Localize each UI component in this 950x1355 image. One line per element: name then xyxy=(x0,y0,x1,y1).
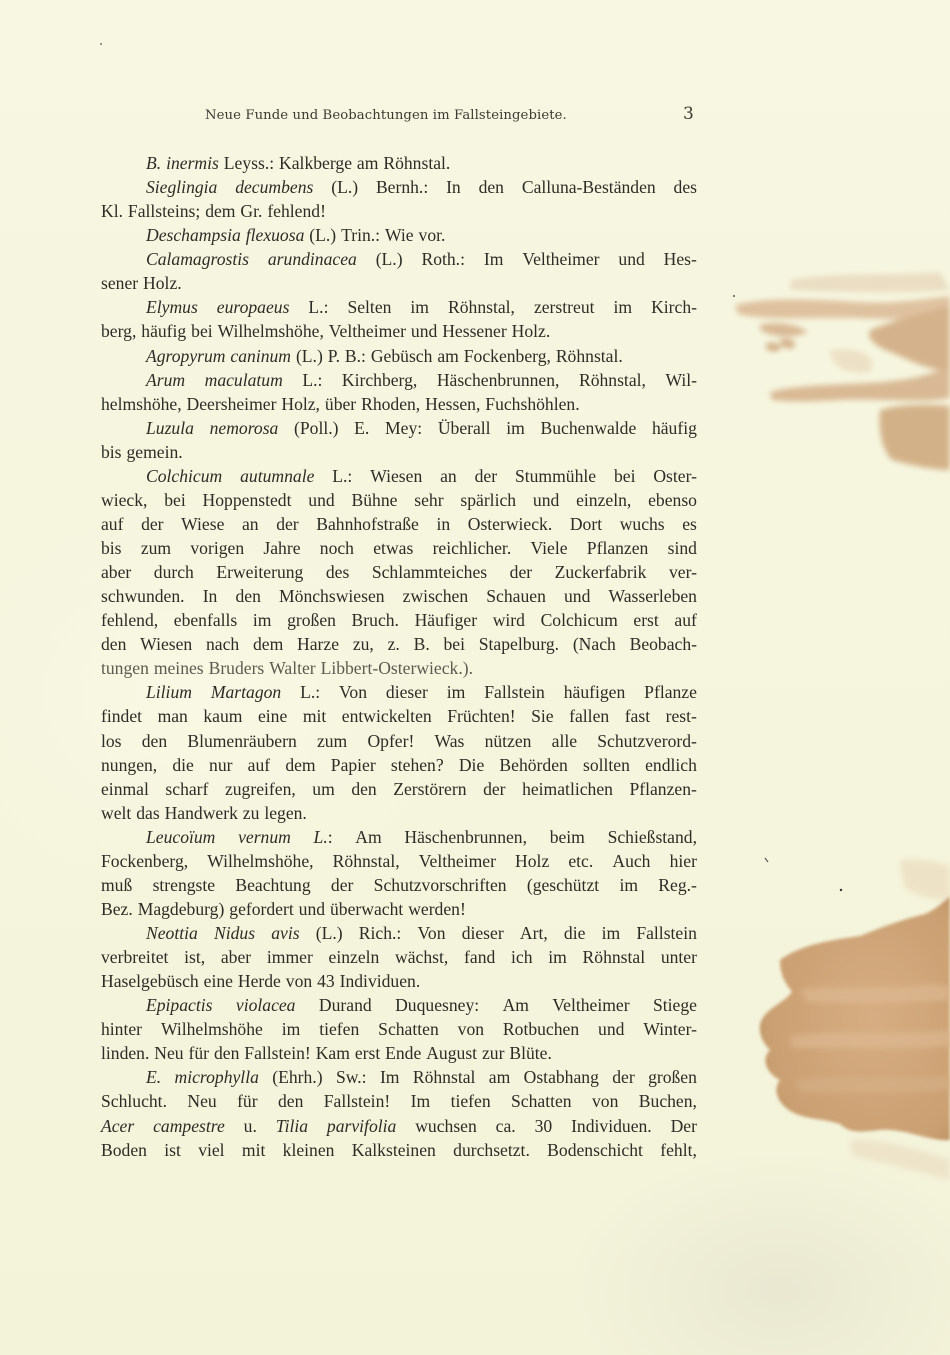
word: Agropyrum xyxy=(146,344,226,368)
word: Kirchberg, xyxy=(342,368,417,392)
word: Holz. xyxy=(143,271,182,295)
paragraph-first-line: E.microphylla(Ehrh.)Sw.:ImRöhnstalamOsta… xyxy=(101,1065,697,1089)
line-words: helmshöhe,DeersheimerHolz,überRhoden,Hes… xyxy=(101,392,697,416)
word: campestre xyxy=(153,1114,225,1138)
word: im xyxy=(447,680,466,704)
word: werden! xyxy=(408,897,466,921)
word: Auch xyxy=(612,849,650,873)
word: dem xyxy=(205,199,235,223)
word: kaum xyxy=(203,704,242,728)
word: häufigen xyxy=(564,680,626,704)
word: Veltheimer xyxy=(552,993,629,1017)
word: meines xyxy=(154,656,204,680)
word: im xyxy=(548,945,567,969)
word: heimatlichen xyxy=(522,777,613,801)
word: den xyxy=(142,729,167,753)
word: den xyxy=(278,1089,303,1113)
line-words: wieck,beiHoppenstedtundBühnesehrspärlich… xyxy=(101,488,697,512)
word: Hessen, xyxy=(425,392,480,416)
word: fand xyxy=(464,945,495,969)
word: Schießstand, xyxy=(608,825,697,849)
word: L.: xyxy=(332,464,352,488)
word: am xyxy=(489,1065,511,1089)
word: zerstreut xyxy=(534,295,595,319)
word: der xyxy=(510,560,532,584)
word: Martagon xyxy=(211,680,281,704)
word: vorigen xyxy=(190,536,244,560)
word: ist, xyxy=(184,945,205,969)
word: E. xyxy=(354,416,369,440)
word: kleinen xyxy=(283,1138,335,1162)
word: linden. xyxy=(101,1041,149,1065)
word: Jahre xyxy=(263,536,300,560)
word: L.: xyxy=(308,295,328,319)
word: Röhnstal. xyxy=(383,151,450,175)
word: ist xyxy=(164,1138,181,1162)
word: wuchsen xyxy=(415,1114,477,1138)
word: Am xyxy=(503,993,529,1017)
word: nach xyxy=(206,632,239,656)
word: im xyxy=(282,1017,301,1041)
text-line: aufderWieseanderBahnhofstraßeinOsterwiec… xyxy=(101,512,697,536)
word: wuchs xyxy=(620,512,665,536)
line-words: Schlucht.NeufürdenFallstein!ImtiefenScha… xyxy=(101,1089,697,1113)
word: Buchen, xyxy=(639,1089,697,1113)
word: rest- xyxy=(666,704,697,728)
text-line: losdenBlumenräubernzumOpfer!Wasnützenall… xyxy=(101,729,697,753)
word: Rotbuchen xyxy=(503,1017,579,1041)
paragraph-first-line: ArummaculatumL.:Kirchberg,Häschenbrunnen… xyxy=(101,368,697,392)
word: Hes- xyxy=(664,247,697,271)
word: Kirch- xyxy=(651,295,697,319)
line-words: schwunden.IndenMönchswiesenzwischenSchau… xyxy=(101,584,697,608)
word: (Poll.) xyxy=(294,416,338,440)
word: Kalksteinen xyxy=(352,1138,436,1162)
word: Harze xyxy=(297,632,339,656)
word: Dort xyxy=(570,512,602,536)
word: Bez. xyxy=(101,897,133,921)
word: Duquesney: xyxy=(395,993,479,1017)
word: bei xyxy=(443,632,465,656)
word: Schlucht. xyxy=(101,1089,167,1113)
word: im xyxy=(614,295,633,319)
word: Neu xyxy=(154,1041,183,1065)
body-text: B.inermisLeyss.:KalkbergeamRöhnstal.Sieg… xyxy=(101,151,697,1162)
word: Papier xyxy=(331,753,376,777)
word: Pflanzen- xyxy=(629,777,696,801)
word: des xyxy=(326,560,349,584)
word: Zuckerfabrik xyxy=(555,560,647,584)
text-line: aberdurchErweiterungdesSchlammteichesder… xyxy=(101,560,697,584)
word: den xyxy=(351,777,376,801)
word: Die xyxy=(459,753,484,777)
text-line: Kl.Fallsteins;demGr.fehlend! xyxy=(101,199,697,223)
word: Röhnstal, xyxy=(333,849,400,873)
paragraph-first-line: Sieglingiadecumbens(L.)Bernh.:IndenCallu… xyxy=(101,175,697,199)
word: am xyxy=(357,151,379,175)
word: Zerstörern xyxy=(393,777,466,801)
word: parvifolia xyxy=(327,1114,396,1138)
word: Luzula xyxy=(146,416,194,440)
word: (L.) xyxy=(331,175,358,199)
word: spärlich xyxy=(460,488,516,512)
word: der xyxy=(141,512,163,536)
word: E. xyxy=(146,1065,161,1089)
word: Tilia xyxy=(276,1114,308,1138)
word: Osterwieck. xyxy=(468,512,553,536)
word: 30 xyxy=(535,1114,553,1138)
word: unter xyxy=(661,945,697,969)
word: aber xyxy=(101,560,131,584)
word: im xyxy=(253,608,272,632)
word: Deersheimer xyxy=(187,392,277,416)
word: Schutzvorschriften xyxy=(374,873,507,897)
running-title: Neue Funde und Beobachtungen im Fallstei… xyxy=(205,108,567,123)
word: Holz, xyxy=(281,392,320,416)
word: den xyxy=(214,1041,239,1065)
word: Was xyxy=(435,729,465,753)
word: Calamagrostis xyxy=(146,247,249,271)
line-words: LeucoïumvernumL.:AmHäschenbrunnen,beimSc… xyxy=(146,825,697,849)
word: Handwerk xyxy=(165,801,238,825)
word: Wilhelmshöhe, xyxy=(218,319,324,343)
word: Elymus xyxy=(146,295,198,319)
word: Leyss.: xyxy=(224,151,274,175)
word: immer xyxy=(267,945,313,969)
text-line: BodenistvielmitkleinenKalksteinendurchse… xyxy=(101,1138,697,1162)
word: überwacht xyxy=(330,897,403,921)
word: einzeln xyxy=(329,945,380,969)
word: Röhnstal xyxy=(413,1065,476,1089)
word: Colchicum xyxy=(541,608,618,632)
line-words: Kl.Fallsteins;demGr.fehlend! xyxy=(101,199,697,223)
word: legen. xyxy=(264,801,307,825)
word: der xyxy=(612,1065,634,1089)
word: Bernh.: xyxy=(376,175,428,199)
text-line: nungen,dienuraufdemPapierstehen?DieBehör… xyxy=(101,753,697,777)
word: vor. xyxy=(419,223,446,247)
word: avis xyxy=(271,921,299,945)
line-words: Bez.Magdeburg)gefordertundüberwachtwerde… xyxy=(101,897,697,921)
word: aber xyxy=(221,945,251,969)
word: gefordert xyxy=(229,897,293,921)
word: wächst, xyxy=(395,945,448,969)
word: nützen xyxy=(485,729,532,753)
word: viel xyxy=(198,1138,224,1162)
word: Schatten xyxy=(378,1017,439,1041)
word: durch xyxy=(154,560,194,584)
word: nur xyxy=(209,753,232,777)
word: welt xyxy=(101,801,131,825)
word: noch xyxy=(320,536,354,560)
word: nemorosa xyxy=(210,416,279,440)
word: und xyxy=(308,488,334,512)
word: für xyxy=(189,1041,210,1065)
word: von xyxy=(286,969,312,993)
word: nungen, xyxy=(101,753,157,777)
word: In xyxy=(203,584,218,608)
word: Lilium xyxy=(146,680,192,704)
word: entwickelten xyxy=(342,704,432,728)
word: Sw.: xyxy=(336,1065,367,1089)
word: in xyxy=(436,512,450,536)
word: Wil- xyxy=(665,368,697,392)
word: Kalkberge xyxy=(279,151,352,175)
word: etc. xyxy=(568,849,593,873)
word: tiefen xyxy=(319,1017,359,1041)
word: endlich xyxy=(645,753,697,777)
text-line: berg,häufigbeiWilhelmshöhe,Veltheimerund… xyxy=(101,319,697,343)
word: Früchten! xyxy=(447,704,515,728)
word: Überall xyxy=(438,416,491,440)
word: Schatten xyxy=(511,1089,572,1113)
word: Opfer! xyxy=(367,729,414,753)
line-words: Luzulanemorosa(Poll.)E.Mey:ÜberallimBuch… xyxy=(146,416,697,440)
word: alle xyxy=(552,729,577,753)
word: Wiesen xyxy=(140,632,192,656)
word: tungen xyxy=(101,656,149,680)
word: Der xyxy=(671,1114,697,1138)
word: Pflanzen xyxy=(587,536,649,560)
word: helmshöhe, xyxy=(101,392,182,416)
word: der xyxy=(483,777,505,801)
word: im xyxy=(602,921,621,945)
word: Kam xyxy=(316,1041,350,1065)
word: violacea xyxy=(236,993,296,1017)
paragraph-first-line: Calamagrostisarundinacea(L.)Roth.:ImVelt… xyxy=(101,247,697,271)
word: durchsetzt. xyxy=(453,1138,530,1162)
word: fehlt, xyxy=(660,1138,697,1162)
word: bei xyxy=(191,319,213,343)
word: strengste xyxy=(153,873,216,897)
word: ich xyxy=(511,945,533,969)
text-line: verbreitetist,aberimmereinzelnwächst,fan… xyxy=(101,945,697,969)
word: berg, xyxy=(101,319,136,343)
word: erst xyxy=(355,1041,380,1065)
word: der xyxy=(331,873,353,897)
word: Bahnhofstraße xyxy=(316,512,419,536)
word: sener xyxy=(101,271,138,295)
word: an xyxy=(440,464,457,488)
line-words: E.microphylla(Ehrh.)Sw.:ImRöhnstalamOsta… xyxy=(146,1065,697,1089)
word: Durand xyxy=(319,993,372,1017)
word: Wiesen xyxy=(370,464,422,488)
word: Buchenwalde xyxy=(541,416,637,440)
line-words: berg,häufigbeiWilhelmshöhe,Veltheimerund… xyxy=(101,319,697,343)
text-line: wieck,beiHoppenstedtundBühnesehrspärlich… xyxy=(101,488,697,512)
word: im xyxy=(410,295,429,319)
line-words: Sieglingiadecumbens(L.)Bernh.:IndenCallu… xyxy=(146,175,697,199)
line-words: mußstrengsteBeachtungderSchutzvorschrift… xyxy=(101,873,697,897)
word: schwunden. xyxy=(101,584,185,608)
word: Selten xyxy=(347,295,391,319)
word: maculatum xyxy=(205,368,283,392)
word: mit xyxy=(242,1138,265,1162)
paragraph-first-line: NeottiaNidusavis(L.)Rich.:VondieserArt,d… xyxy=(101,921,697,945)
word: Veltheimer xyxy=(329,319,406,343)
line-words: senerHolz. xyxy=(101,271,697,295)
line-words: ColchicumautumnaleL.:WiesenanderStummühl… xyxy=(146,464,697,488)
line-words: aberdurchErweiterungdesSchlammteichesder… xyxy=(101,560,697,584)
word: im xyxy=(619,873,638,897)
word: Behörden xyxy=(499,753,567,777)
word: den xyxy=(479,175,504,199)
line-words: Fockenberg,Wilhelmshöhe,Röhnstal,Velthei… xyxy=(101,849,697,873)
word: bei xyxy=(164,488,186,512)
word: auf xyxy=(674,608,696,632)
word: Veltheimer xyxy=(419,849,496,873)
word: autumnale xyxy=(240,464,314,488)
word: tiefen xyxy=(451,1089,491,1113)
line-words: denWiesennachdemHarzezu,z.B.beiStapelbur… xyxy=(101,632,697,656)
word: etwas xyxy=(373,536,413,560)
word: Ende xyxy=(385,1041,421,1065)
word: um xyxy=(312,777,334,801)
word: den xyxy=(235,584,260,608)
word: einzeln, xyxy=(576,488,631,512)
word: von xyxy=(458,1017,484,1041)
word: auf xyxy=(248,753,270,777)
word: Epipactis xyxy=(146,993,212,1017)
word: stehen? xyxy=(391,753,444,777)
word: Hoppenstedt xyxy=(203,488,292,512)
line-words: nungen,dienuraufdemPapierstehen?DieBehör… xyxy=(101,753,697,777)
line-words: biszumvorigenJahrenochetwasreichlicher.V… xyxy=(101,536,697,560)
word: Röhnstal xyxy=(583,945,646,969)
word: wieck, xyxy=(101,488,147,512)
word: zwischen xyxy=(403,584,468,608)
word: Rich.: xyxy=(359,921,402,945)
word: an xyxy=(242,512,259,536)
text-line: schwunden.IndenMönchswiesenzwischenSchau… xyxy=(101,584,697,608)
word: Boden xyxy=(101,1138,147,1162)
word: Sieglingia xyxy=(146,175,217,199)
word: dem xyxy=(285,753,315,777)
word: (Ehrh.) xyxy=(272,1065,322,1089)
line-words: B.inermisLeyss.:KalkbergeamRöhnstal. xyxy=(146,151,697,175)
line-words: fehlend,ebenfallsimgroßenBruch.Häufigerw… xyxy=(101,608,697,632)
word: Wasserleben xyxy=(609,584,697,608)
word: des xyxy=(674,175,697,199)
word: Sie xyxy=(531,704,553,728)
word: Im xyxy=(411,1089,431,1113)
word: Mönchswiesen xyxy=(279,584,385,608)
word: dem xyxy=(253,632,283,656)
word: Von xyxy=(339,680,367,704)
word: Schauen xyxy=(486,584,546,608)
word: Mey: xyxy=(385,416,422,440)
word: Art, xyxy=(520,921,548,945)
word: zum xyxy=(141,536,171,560)
word: Fuchshöhlen. xyxy=(485,392,579,416)
word: Häufiger xyxy=(415,608,478,632)
word: die xyxy=(172,753,194,777)
paragraph-first-line: LiliumMartagonL.:VondieserimFallsteinhäu… xyxy=(101,680,697,704)
word: L.: xyxy=(302,368,322,392)
paragraph-first-line: ColchicumautumnaleL.:WiesenanderStummühl… xyxy=(101,464,697,488)
word: fehlend, xyxy=(101,608,158,632)
line-words: linden.NeufürdenFallstein!KamerstEndeAug… xyxy=(101,1041,697,1065)
word: u. xyxy=(244,1114,257,1138)
text-line: denWiesennachdemHarzezu,z.B.beiStapelbur… xyxy=(101,632,697,656)
word: August xyxy=(426,1041,477,1065)
word: und xyxy=(598,1017,624,1041)
word: Haselgebüsch xyxy=(101,969,199,993)
word: fallen xyxy=(569,704,609,728)
word: im xyxy=(506,416,525,440)
word: Magdeburg) xyxy=(138,897,225,921)
word: Arum xyxy=(146,368,185,392)
word: Wie xyxy=(385,223,414,247)
line-words: losdenBlumenräubernzumOpfer!Wasnützenall… xyxy=(101,729,697,753)
word: Fallstein xyxy=(636,921,697,945)
word: Bruch. xyxy=(352,608,399,632)
line-words: Calamagrostisarundinacea(L.)Roth.:ImVelt… xyxy=(146,247,697,271)
word: vernum xyxy=(238,825,291,849)
word: Roth.: xyxy=(421,247,465,271)
word: europaeus xyxy=(217,295,290,319)
word: Acer xyxy=(101,1114,134,1138)
word: Blumenräubern xyxy=(187,729,296,753)
word: ebenso xyxy=(648,488,697,512)
line-words: ElymuseuropaeusL.:SeltenimRöhnstal,zerst… xyxy=(146,295,697,319)
word: Fallstein! xyxy=(244,1041,310,1065)
word: zugreifen, xyxy=(225,777,296,801)
word: zur xyxy=(482,1041,504,1065)
word: häufig xyxy=(141,319,186,343)
paragraph-first-line: LeucoïumvernumL.:AmHäschenbrunnen,beimSc… xyxy=(101,825,697,849)
word: reichlicher. xyxy=(433,536,512,560)
word: Im xyxy=(380,1065,400,1089)
word: Individuen. xyxy=(340,969,421,993)
word: häufig xyxy=(652,416,697,440)
word: (L.) xyxy=(309,223,336,247)
word: Kl. xyxy=(101,199,123,223)
word: Blüte. xyxy=(509,1041,552,1065)
word: caninum xyxy=(230,344,291,368)
word: Veltheimer xyxy=(522,247,599,271)
page-number: 3 xyxy=(683,104,694,124)
word: In xyxy=(446,175,461,199)
word: Bruders xyxy=(209,656,265,680)
word: Röhnstal, xyxy=(579,368,646,392)
word: sind xyxy=(668,536,697,560)
word: großen xyxy=(287,608,336,632)
word: findet xyxy=(101,704,142,728)
word: Beobach- xyxy=(630,632,697,656)
word: dieser xyxy=(386,680,428,704)
word: Fockenberg, xyxy=(101,849,188,873)
word: Leucoïum xyxy=(146,825,215,849)
page-header: Neue Funde und Beobachtungen im Fallstei… xyxy=(0,108,950,132)
word: verbreitet xyxy=(101,945,168,969)
word: Erweiterung xyxy=(216,560,303,584)
paragraph-first-line: Luzulanemorosa(Poll.)E.Mey:ÜberallimBuch… xyxy=(101,416,697,440)
word: Schutzverord- xyxy=(597,729,697,753)
word: Holz xyxy=(515,849,549,873)
word: Rhoden, xyxy=(361,392,420,416)
word: Schlammteiches xyxy=(372,560,487,584)
word: Stapelburg. xyxy=(479,632,559,656)
text-line: linden.NeufürdenFallstein!KamerstEndeAug… xyxy=(101,1041,697,1065)
word: B. xyxy=(146,151,161,175)
word: das xyxy=(136,801,159,825)
line-words: LiliumMartagonL.:VondieserimFallsteinhäu… xyxy=(146,680,697,704)
word: Häschenbrunnen, xyxy=(437,368,560,392)
word: (geschützt xyxy=(527,873,599,897)
text-line: einmalscharfzugreifen,umdenZerstörernder… xyxy=(101,777,697,801)
word: die xyxy=(564,921,586,945)
